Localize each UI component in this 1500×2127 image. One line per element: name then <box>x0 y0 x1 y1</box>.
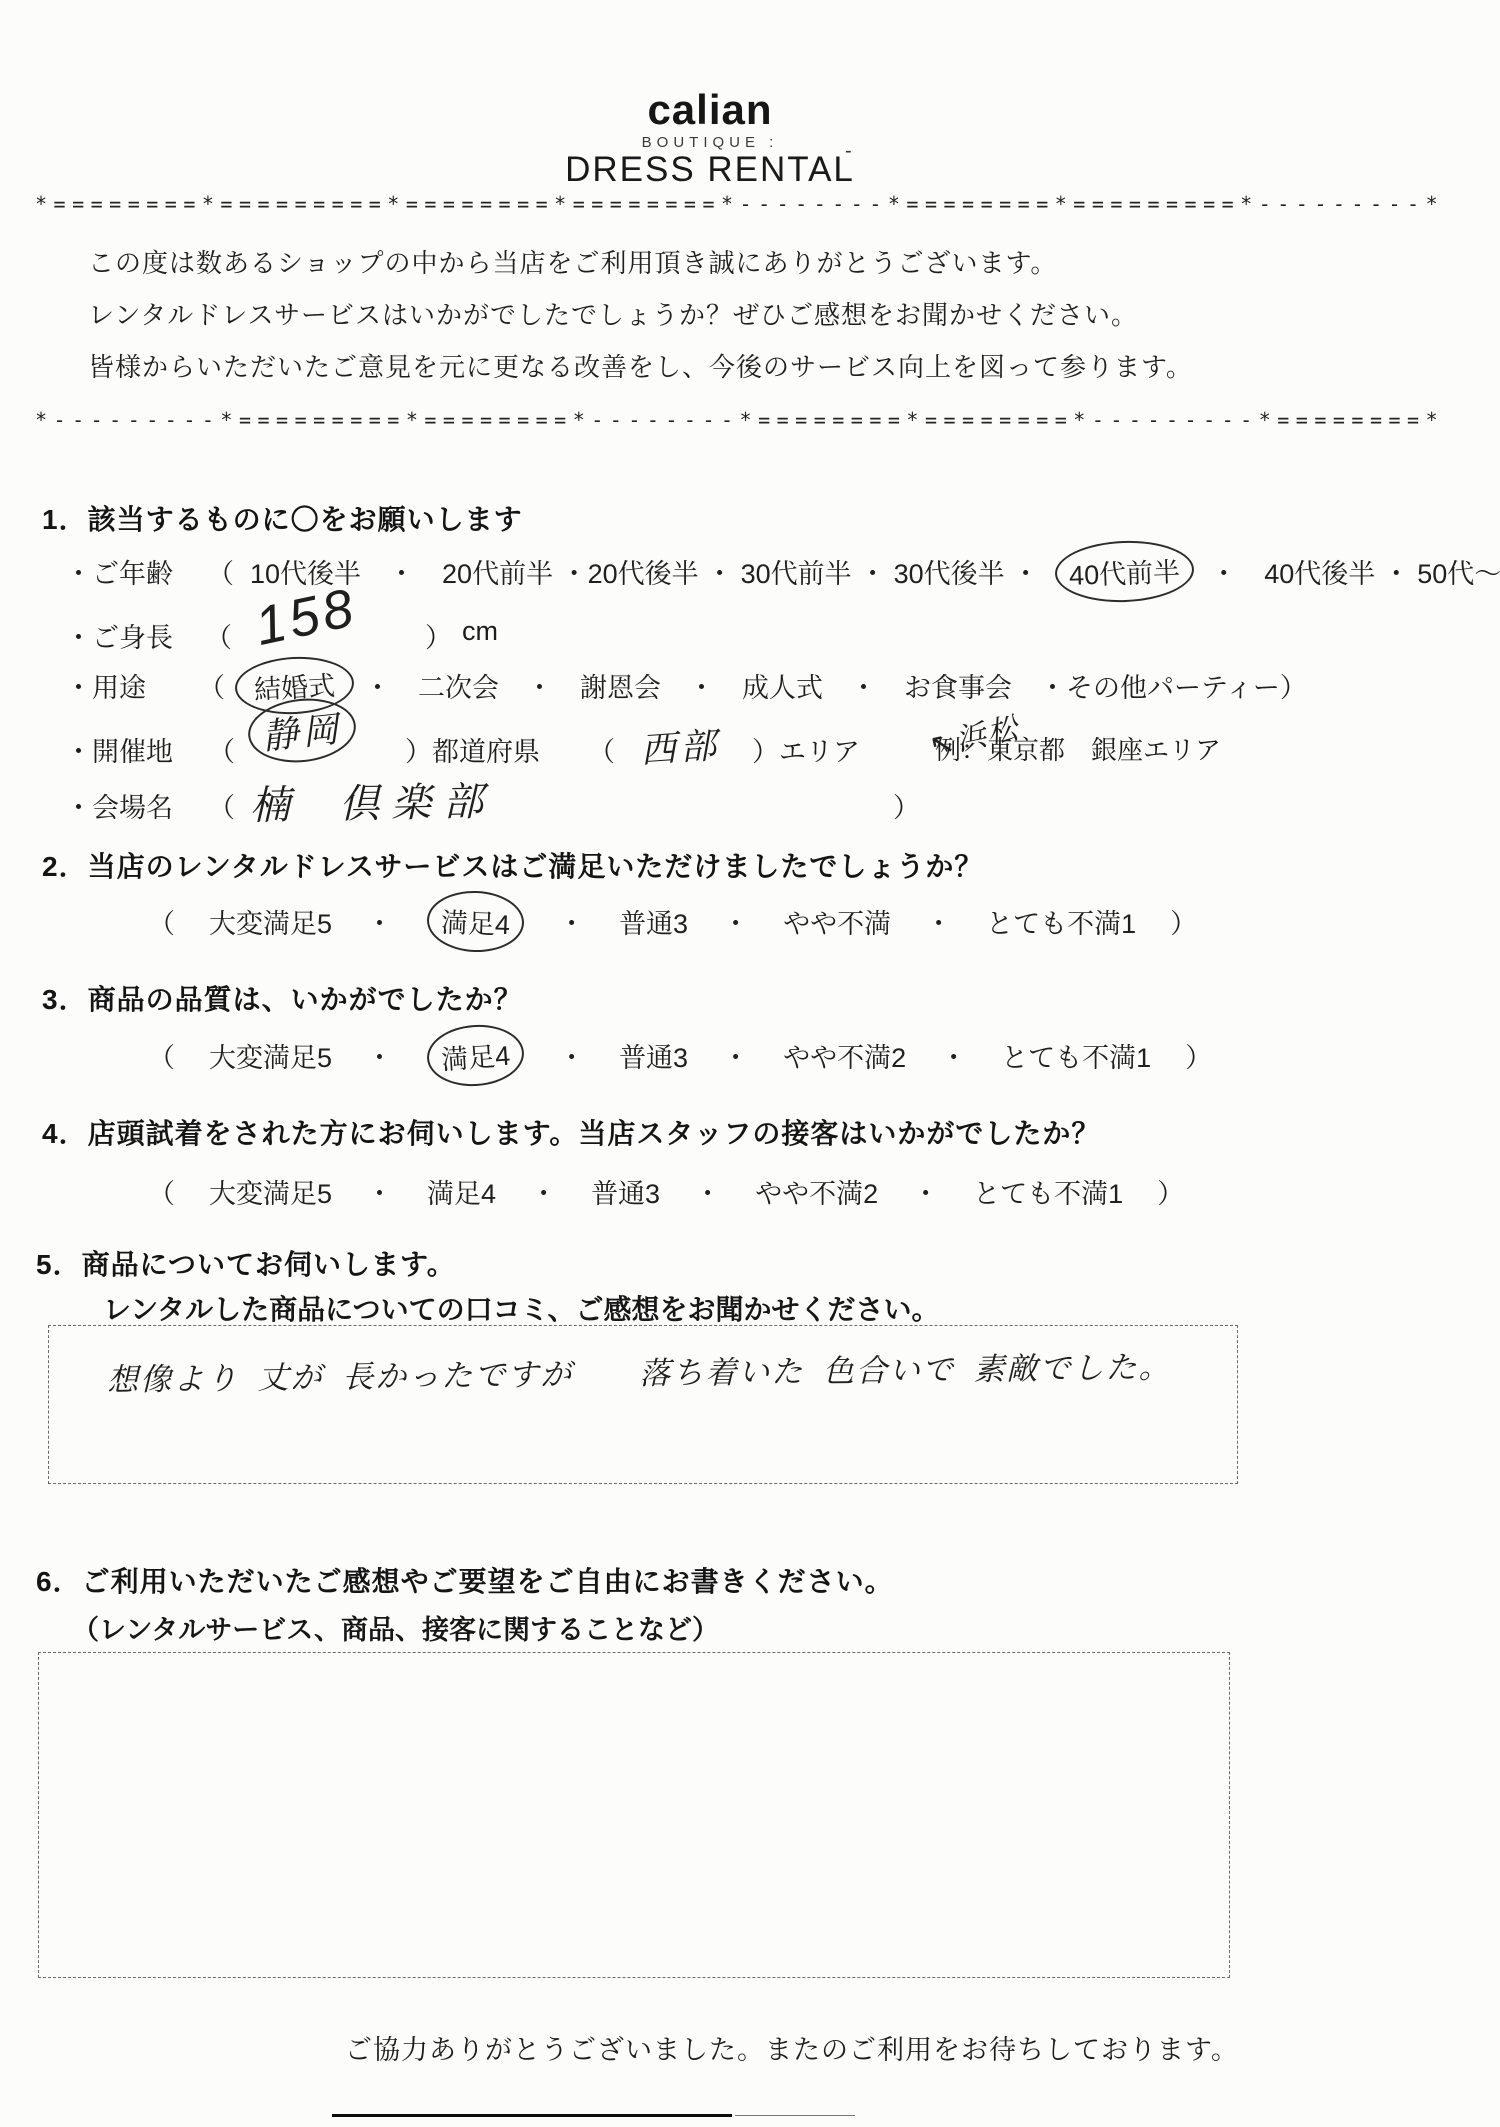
q1-place-mid: ）都道府県 <box>405 730 540 769</box>
q3-open-paren: （ <box>148 1036 175 1075</box>
q1-place-handwritten-area: 西部 <box>638 717 721 773</box>
q1-height-open-paren: （ <box>205 616 232 655</box>
q2-dot-3: ・ <box>722 902 749 941</box>
scan-artifact-line-2 <box>735 2115 855 2116</box>
q1-place-open-paren: （ <box>208 730 235 769</box>
q1-heading: 1．該当するものに〇をお願いします <box>42 498 523 538</box>
q2-heading: 2．当店のレンタルドレスサービスはご満足いただけましたでしょうか？ <box>42 845 983 885</box>
q4-option-4: やや不満2 <box>755 1172 878 1211</box>
q1-age-options-before: 10代後半 ・ 20代前半 ・20代後半 ・ 30代前半 ・ 30代後半 ・ <box>250 552 1039 591</box>
q1-age-label: ・ご年齢 <box>65 552 173 591</box>
q3-dot-1: ・ <box>366 1036 393 1075</box>
q4-options-row: （ 大変満足5 ・ 満足4 ・ 普通3 ・ やや不満2 ・ とても不満1 ） <box>148 1172 1184 1211</box>
q2-dot-1: ・ <box>366 902 393 941</box>
q3-options-row: （ 大変満足5 ・ 満足4 ・ 普通3 ・ やや不満2 ・ とても不満1 ） <box>148 1036 1212 1075</box>
q1-use-label: ・用途 <box>65 666 146 705</box>
q1-age-options-after: ・ 40代後半 ・ 50代～ ） <box>1210 552 1500 591</box>
q2-circled-option: 満足4 <box>426 889 525 953</box>
q4-open-paren: （ <box>148 1172 175 1211</box>
q1-height-label: ・ご身長 <box>65 616 173 655</box>
footer-thanks: ご協力ありがとうございました。またのご利用をお待ちしております。 <box>345 2028 1239 2067</box>
q2-open-paren: （ <box>148 902 175 941</box>
brand-logo-subtitle: BOUTIQUE : <box>0 134 1420 151</box>
intro-line-2: レンタルドレスサービスはいかがでしたでしょうか？ぜひご感想をお聞かせください。 <box>88 295 1138 332</box>
q5-subheading: レンタルした商品についての口コミ、ご感想をお聞かせください。 <box>103 1288 940 1328</box>
q2-options-row: （ 大変満足5 ・ 満足4 ・ 普通3 ・ やや不満 ・ とても不満1 ） <box>148 902 1197 941</box>
q1-venue-label: ・会場名 <box>65 786 173 825</box>
q2-dot-4: ・ <box>925 902 952 941</box>
q1-height-row: ・ご身長 （ 158 ） cm <box>0 608 1500 668</box>
q1-age-open-paren: （ <box>207 552 234 591</box>
q3-dot-2: ・ <box>558 1036 585 1075</box>
page-title: DRESS RENTAL <box>0 150 1420 190</box>
q6-heading: 6．ご利用いただいたご感想やご要望をご自由にお書きください。 <box>36 1560 894 1600</box>
q5-handwritten-answer: 想像より 丈が 長かったですが 落ち着いた 色合いで 素敵でした。 <box>107 1341 1172 1399</box>
survey-page: calian BOUTIQUE : - DRESS RENTAL *======… <box>0 0 1500 2127</box>
scan-artifact-line <box>332 2114 732 2117</box>
q1-venue-close-paren: ） <box>893 786 920 825</box>
q2-dot-2: ・ <box>558 902 585 941</box>
q5-answer-box: 想像より 丈が 長かったですが 落ち着いた 色合いで 素敵でした。 <box>48 1325 1238 1484</box>
q4-option-5: とても不満1 <box>973 1172 1123 1211</box>
q3-close-paren: ） <box>1185 1036 1212 1075</box>
q1-venue-row: ・会場名 （ 楠 倶楽部 ） <box>0 772 1500 842</box>
q1-place-open-paren-2: （ <box>588 730 615 769</box>
q6-answer-box <box>38 1652 1230 1978</box>
q2-option-5: とても不満1 <box>986 902 1136 941</box>
q3-dot-4: ・ <box>940 1036 967 1075</box>
q4-option-1: 大変満足5 <box>209 1172 332 1211</box>
intro-line-3: 皆様からいただいたご意見を元に更なる改善をし、今後のサービス向上を図って参ります… <box>88 347 1193 384</box>
separator-line-mid: *---------*=========*========*--------*=… <box>35 408 1470 436</box>
separator-line-top: *========*=========*========*========*--… <box>35 192 1470 220</box>
q2-close-paren: ） <box>1170 902 1197 941</box>
q2-option-3: 普通3 <box>619 902 688 941</box>
q3-option-5: とても不満1 <box>1001 1036 1151 1075</box>
q1-venue-handwritten-value: 楠 倶楽部 <box>250 770 496 831</box>
q3-circled-option: 満足4 <box>425 1022 526 1090</box>
q3-dot-3: ・ <box>722 1036 749 1075</box>
q3-option-1: 大変満足5 <box>209 1036 332 1075</box>
q1-age-row: ・ご年齢 （ 10代後半 ・ 20代前半 ・20代後半 ・ 30代前半 ・ 30… <box>65 552 1500 591</box>
intro-line-1: この度は数あるショップの中から当店をご利用頂き誠にありがとうございます。 <box>88 243 1057 280</box>
q2-option-4: やや不満 <box>783 902 891 941</box>
q3-option-4: やや不満2 <box>783 1036 906 1075</box>
q4-close-paren: ） <box>1157 1172 1184 1211</box>
q4-heading: 4．店頭試着をされた方にお伺いします。当店スタッフの接客はいかがでしたか？ <box>42 1112 1100 1152</box>
q5-heading: 5．商品についてお伺いします。 <box>36 1243 456 1283</box>
q3-heading: 3．商品の品質は、いかがでしたか？ <box>42 978 523 1018</box>
q4-dot-3: ・ <box>694 1172 721 1211</box>
q1-place-close-paren-2: ）エリア <box>752 730 860 769</box>
q1-use-options-after: ・ 二次会 ・ 謝恩会 ・ 成人式 ・ お食事会 ・その他パーティー） <box>364 666 1307 705</box>
q4-dot-4: ・ <box>912 1172 939 1211</box>
q4-option-3: 普通3 <box>591 1172 660 1211</box>
q1-use-open-paren: （ <box>198 666 225 705</box>
q1-venue-open-paren: （ <box>208 786 235 825</box>
q1-height-unit: cm <box>462 616 498 647</box>
q4-dot-2: ・ <box>530 1172 557 1211</box>
q1-age-circled-option: 40代前半 <box>1054 539 1195 605</box>
q1-use-row: ・用途 （ 結婚式 ・ 二次会 ・ 謝恩会 ・ 成人式 ・ お食事会 ・その他パ… <box>65 666 1307 705</box>
q4-option-2: 満足4 <box>427 1172 496 1211</box>
q4-dot-1: ・ <box>366 1172 393 1211</box>
brand-logo: calian <box>0 86 1420 134</box>
q3-option-3: 普通3 <box>619 1036 688 1075</box>
q2-option-1: 大変満足5 <box>209 902 332 941</box>
q6-subheading: （レンタルサービス、商品、接客に関することなど） <box>72 1608 719 1647</box>
q1-place-label: ・開催地 <box>65 730 173 769</box>
q1-height-close-paren: ） <box>425 616 452 655</box>
